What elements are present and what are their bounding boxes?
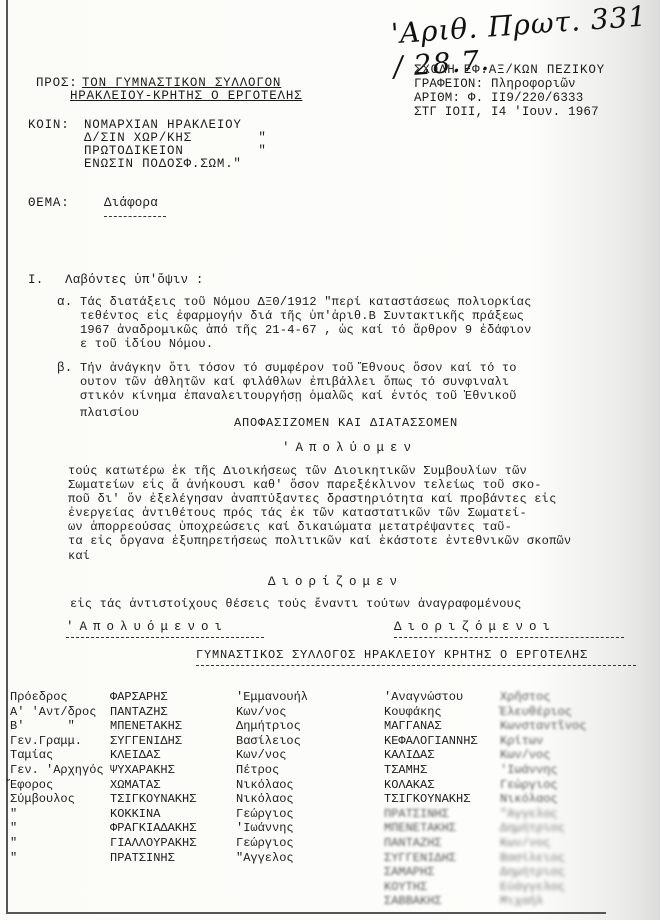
cell-appointed-surname: ΚΕΦΑΛΟΓΙΑΝΝΗΣ (384, 734, 478, 748)
cell-role: Α' 'Αντ/δρος (10, 705, 96, 719)
cell-dismissed-name: Κων/νος (236, 748, 286, 762)
cell-dismissed-surname: ΓΙΑΛΛΟΥΡΑΚΗΣ (110, 836, 196, 850)
sender-line-4: ΣΤΓ ΙΟΙΙ, Ι4 'Ιουν. 1967 (414, 105, 599, 119)
table-row: ΣΑΒΒΑΚΗΣΜιχαήλ (10, 894, 650, 908)
cell-dismissed-name: "Αγγελος (236, 851, 294, 865)
club-heading-underline (196, 665, 636, 666)
appoint-line: εἰς τάς ἀντιστοίχους θέσεις τούς ἔναντι … (70, 597, 521, 611)
table-row: Β' "ΜΠΕΝΕΤΑΚΗΣΔημήτριοςΜΑΓΓΑΝΑΣΚωνσταντῖ… (10, 719, 650, 733)
club-heading: ΓΥΜΝΑΣΤΙΚΟΣ ΣΥΛΛΟΓΟΣ ΗΡΑΚΛΕΙΟΥ ΚΡΗΤΗΣ Ο … (196, 648, 588, 662)
table-row: Γεν. 'ΑρχηγόςΨΥΧΑΡΑΚΗΣΠέτροςΤΣΑΜΗΣ'Ιωάνν… (10, 763, 650, 777)
cell-role: Γεν. 'Αρχηγός (10, 763, 104, 777)
cc-line-4: ΕΝΩΣΙΝ ΠΟΔΟΣΦ.ΣΩΜ." (84, 157, 242, 171)
dismiss-line-7: καί (68, 549, 90, 563)
cc-line-3: ΠΡΩΤΟΔΙΚΕΙΟΝ " (84, 144, 267, 158)
cell-dismissed-surname: ΧΩΜΑΤΑΣ (110, 778, 160, 792)
dismiss-line-1: τούς κατωτέρω ἐκ τῆς Διοικήσεως τῶν Διοι… (68, 464, 527, 478)
cell-appointed-name: Κρίτων (500, 734, 543, 748)
cell-appointed-name: Κωνσταντῖνος (500, 719, 586, 733)
cell-dismissed-surname: ΣΥΓΓΕΝΙΔΗΣ (110, 734, 182, 748)
cell-appointed-surname: 'Αναγνώστου (384, 690, 463, 704)
cell-dismissed-surname: ΤΣΙΓΚΟΥΝΑΚΗΣ (110, 792, 196, 806)
sender-line-2: ΓΡΑΦΕΙΟΝ: Πληροφοριῶν (414, 77, 576, 91)
table-row: ΠρόεδροςΦΑΡΣΑΡΗΣ'Εμμανουήλ'ΑναγνώστουΧρῆ… (10, 690, 650, 704)
table-row: ΣύμβουλοςΤΣΙΓΚΟΥΝΑΚΗΣΝικόλαοςΤΣΙΓΚΟΥΝΑΚΗ… (10, 792, 650, 806)
cell-role: Β' " (10, 719, 75, 733)
column-header-dismissed-underline (66, 637, 264, 638)
dismiss-line-2: Σωματείων εἰς ἅ ἀνήκουσι καθ' ὅσον παρεξ… (68, 478, 542, 492)
table-row: Γεν.Γραμμ.ΣΥΓΓΕΝΙΔΗΣΒασίλειοςΚΕΦΑΛΟΓΙΑΝΝ… (10, 734, 650, 748)
cell-role: " (10, 836, 17, 850)
table-row: ἜφοροςΧΩΜΑΤΑΣΝικόλαοςΚΟΛΑΚΑΣΓεώργιος (10, 778, 650, 792)
table-row: ΣΑΜΑΡΗΣΔημήτριος (10, 865, 650, 879)
table-row: ΤαμίαςΚΛΕΙΔΑΣΚων/νοςΚΑΛΙΔΑΣΚων/νος (10, 748, 650, 762)
cell-appointed-name: Εὐάγγελος (500, 880, 565, 894)
column-header-appointed-underline (394, 637, 624, 638)
item-a-line-3: 1967 ἀναδρομικῶς ἀπό τῆς 21-4-67 , ὡς κα… (80, 323, 531, 337)
dismiss-line-5: ων ἀπορρεούσας ὑποχρεώσεις καί δικαιώματ… (68, 520, 512, 534)
cell-dismissed-name: Νικόλαος (236, 778, 294, 792)
item-a-line-2: τεθέντος εἰς ἐφαρμογήν διά τῆς ὑπ'ἀριθ.Β… (80, 309, 524, 323)
table-row: Α' 'Αντ/δροςΠΑΝΤΑΖΗΣΚων/νοςΚουφάκηςἘλευθ… (10, 705, 650, 719)
cell-dismissed-name: 'Ιωάννης (236, 821, 294, 835)
cell-appointed-name: Ἐλευθέριος (500, 705, 572, 719)
dismiss-heading: 'Απολύομεν (282, 441, 417, 455)
cell-dismissed-surname: ΚΟΚΚΙΝΑ (110, 807, 160, 821)
table-row: ΚΟΥΤΗΣΕὐάγγελος (10, 880, 650, 894)
cell-dismissed-name: Γεώργιος (236, 807, 294, 821)
cell-appointed-name: Μιχαήλ (500, 894, 543, 908)
dismiss-line-3: ποῦ δι' ὅν ἐξελέγησαν ἀναπτύξαντες δραστ… (68, 492, 556, 506)
item-b-line-2: ουτον τῶν ἀθλητῶν καί φιλάθλων ἐπιβάλλει… (80, 375, 509, 389)
table-row: "ΦΡΑΓΚΙΑΔΑΚΗΣ'ΙωάννηςΜΠΕΝΕΤΑΚΗΣΔημήτριος (10, 821, 650, 835)
cc-label: ΚΟΙΝ: (28, 118, 70, 132)
cell-role: " (10, 821, 17, 835)
item-b-line-3: στικόν κίνημα ἐπαναλειτουργήσῃ ὁμαλῶς κα… (80, 389, 517, 403)
cell-appointed-surname: ΠΑΝΤΑΖΗΣ (384, 836, 442, 850)
cell-appointed-name: Κων/νος (500, 748, 550, 762)
cell-dismissed-name: Πέτρος (236, 763, 279, 777)
cell-dismissed-surname: ΚΛΕΙΔΑΣ (110, 748, 160, 762)
cell-appointed-surname: ΣΥΓΓΕΝΙΔΗΣ (384, 851, 456, 865)
cell-role: " (10, 851, 17, 865)
cell-appointed-surname: ΤΣΑΜΗΣ (384, 763, 427, 777)
cell-appointed-name: Κων/νος (500, 836, 550, 850)
decision-heading: ΑΠΟΦΑΣΙΖΟΜΕΝ ΚΑΙ ΔΙΑΤΑΣΣΟΜΕΝ (234, 416, 458, 430)
cell-role: Πρόεδρος (10, 690, 68, 704)
cell-appointed-name: "Αγγελος (500, 807, 558, 821)
cell-dismissed-name: 'Εμμανουήλ (236, 690, 308, 704)
subject-label: ΘΕΜΑ: (28, 196, 70, 210)
item-b-line-1: Τήν ἀνάγκην ὅτι τόσον τό συμφέρον τοῦ Ἔθ… (80, 361, 517, 375)
cell-appointed-name: Χρῆστος (500, 690, 550, 704)
sender-line-1: ΣΧΟΛΗ ΕΦ.ΑΞ/ΚΩΝ ΠΕΖΙΚΟΥ (414, 63, 605, 77)
cell-dismissed-surname: ΜΠΕΝΕΤΑΚΗΣ (110, 719, 182, 733)
cell-appointed-surname: ΤΣΙΓΚΟΥΝΑΚΗΣ (384, 792, 470, 806)
item-b-line-4: πλαισίου (80, 406, 139, 420)
table-row: "ΓΙΑΛΛΟΥΡΑΚΗΣΓεώργιοςΠΑΝΤΑΖΗΣΚων/νος (10, 836, 650, 850)
column-header-appointed: Διοριζόμενοι (394, 620, 556, 634)
cell-dismissed-name: Δημήτριος (236, 719, 301, 733)
item-a-marker: α. (57, 295, 72, 309)
section-intro: Λαβόντες ὑπ'ὄψιν : (65, 273, 204, 287)
page-border-left (6, 0, 8, 914)
cell-appointed-name: Βασίλειος (500, 851, 565, 865)
page-border-bottom (6, 912, 606, 914)
cell-dismissed-name: Κων/νος (236, 705, 286, 719)
cell-appointed-name: Νικόλαος (500, 792, 558, 806)
cell-dismissed-surname: ΦΡΑΓΚΙΑΔΑΚΗΣ (110, 821, 196, 835)
cell-role: Σύμβουλος (10, 792, 75, 806)
item-a-line-1: Τάς διατάξεις τοῦ Νόμου ΔΞΘ/1912 "περί κ… (80, 295, 531, 309)
cell-role: " (10, 807, 17, 821)
cell-dismissed-surname: ΠΡΑΤΣΙΝΗΣ (110, 851, 175, 865)
subject-value: Διάφορα (104, 196, 158, 210)
section-number: Ι. (28, 273, 43, 287)
cc-line-1: ΝΟΜΑΡΧΙΑΝ ΗΡΑΚΛΕΙΟΥ (84, 118, 242, 132)
cell-appointed-name: Γεώργιος (500, 778, 558, 792)
cell-appointed-surname: ΚΑΛΙΔΑΣ (384, 748, 434, 762)
cell-appointed-name: Δημήτριος (500, 821, 565, 835)
cell-dismissed-surname: ΠΑΝΤΑΖΗΣ (110, 705, 168, 719)
document-page: 'Αριθ. Πρωτ. 331 / 28.7. ΠΡΟΣ: ΤΟΝ ΓΥΜΝΑ… (0, 0, 660, 920)
cell-appointed-surname: Κουφάκης (384, 705, 442, 719)
cc-line-2: Δ/ΣΙΝ ΧΩΡ/ΚΗΣ " (84, 131, 267, 145)
cell-appointed-surname: ΚΟΥΤΗΣ (384, 880, 427, 894)
subject-underline (104, 216, 166, 217)
dismiss-line-6: τα εἰς ὄργανα ἐξυπηρετήσεως πολιτικῶν κα… (68, 534, 571, 548)
cell-dismissed-name: Νικόλαος (236, 792, 294, 806)
cell-role: Γεν.Γραμμ. (10, 734, 82, 748)
to-line-2: ΗΡΑΚΛΕΙΟΥ-ΚΡΗΤΗΣ Ο ΕΡΓΟΤΕΛΗΣ (70, 89, 302, 103)
column-header-dismissed: 'Απολυόμενοι (66, 620, 228, 634)
cell-role: Ταμίας (10, 748, 53, 762)
cell-appointed-surname: ΜΠΕΝΕΤΑΚΗΣ (384, 821, 456, 835)
table-row: "ΚΟΚΚΙΝΑΓεώργιοςΠΡΑΤΣΙΝΗΣ"Αγγελος (10, 807, 650, 821)
cell-appointed-surname: ΣΑΒΒΑΚΗΣ (384, 894, 442, 908)
cell-appointed-name: 'Ιωάννης (500, 763, 558, 777)
cell-appointed-surname: ΚΟΛΑΚΑΣ (384, 778, 434, 792)
cell-dismissed-name: Βασίλειος (236, 734, 301, 748)
dismiss-line-4: ἐνεργείας ἀντιθέτους πρός τάς ἐκ τῶν κατ… (68, 506, 527, 520)
cell-appointed-surname: ΜΑΓΓΑΝΑΣ (384, 719, 442, 733)
to-label: ΠΡΟΣ: (36, 76, 78, 90)
sender-line-3: ΑΡΙΘΜ: Φ. ΙΙ9/220/6333 (414, 91, 583, 105)
item-b-marker: β. (57, 361, 72, 375)
cell-appointed-surname: ΠΡΑΤΣΙΝΗΣ (384, 807, 449, 821)
to-line-1: ΤΟΝ ΓΥΜΝΑΣΤΙΚΟΝ ΣΥΛΛΟΓΟΝ (82, 76, 281, 90)
cell-dismissed-surname: ΨΥΧΑΡΑΚΗΣ (110, 763, 175, 777)
cell-role: Ἔφορος (10, 778, 53, 792)
table-row: "ΠΡΑΤΣΙΝΗΣ"ΑγγελοςΣΥΓΓΕΝΙΔΗΣΒασίλειος (10, 851, 650, 865)
cell-appointed-surname: ΣΑΜΑΡΗΣ (384, 865, 434, 879)
cell-dismissed-surname: ΦΑΡΣΑΡΗΣ (110, 690, 168, 704)
cell-appointed-name: Δημήτριος (500, 865, 565, 879)
cell-dismissed-name: Γεώργιος (236, 836, 294, 850)
item-a-line-4: ε τοῦ ἰδίου Νόμου. (80, 337, 213, 351)
appoint-heading: Διορίζομεν (268, 575, 403, 589)
